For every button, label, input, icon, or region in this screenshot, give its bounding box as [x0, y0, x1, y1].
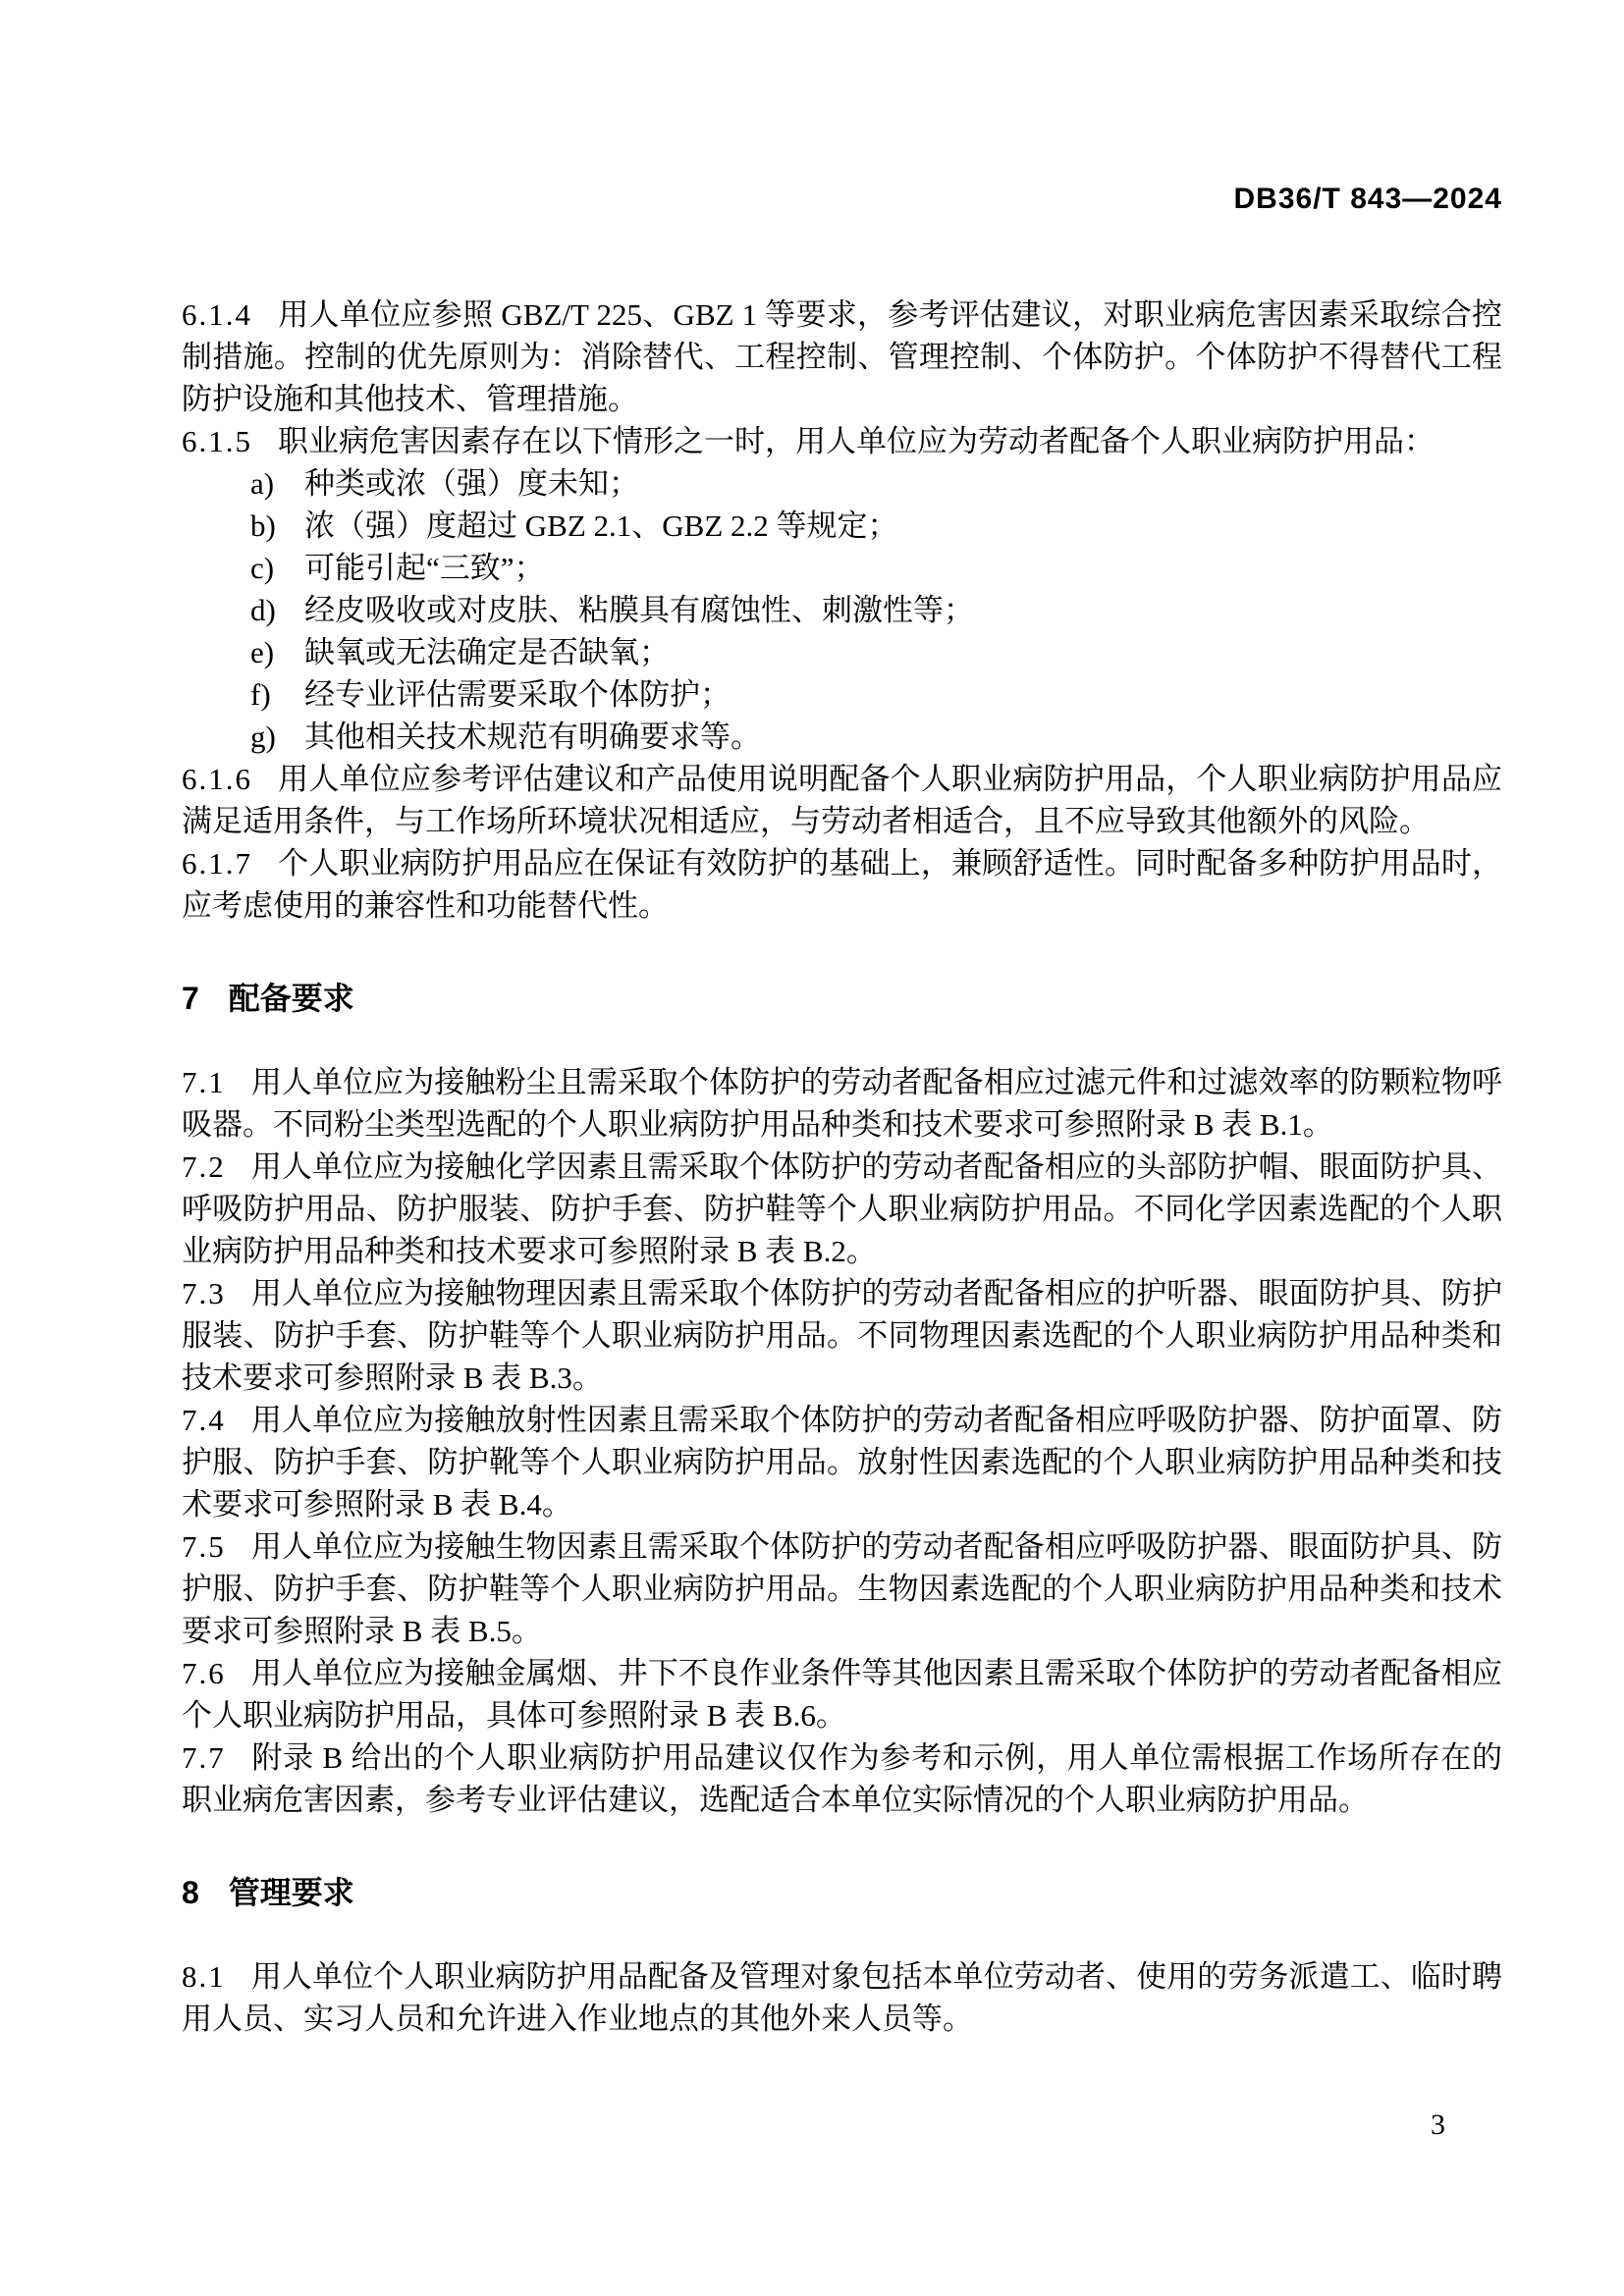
clause-number: 6.1.4 [182, 297, 252, 332]
clause-number: 7.4 [182, 1403, 226, 1437]
section-title: 管理要求 [229, 1875, 354, 1910]
clause-7-7: 7.7附录 B 给出的个人职业病防护用品建议仅作为参考和示例，用人单位需根据工作… [182, 1736, 1502, 1821]
clause-7-3: 7.3用人单位应为接触物理因素且需采取个体防护的劳动者配备相应的护听器、眼面防护… [182, 1272, 1502, 1399]
clause-6-1-5: 6.1.5职业病危害因素存在以下情形之一时，用人单位应为劳动者配备个人职业病防护… [182, 420, 1502, 462]
clause-text: 用人单位应为接触粉尘且需采取个体防护的劳动者配备相应过滤元件和过滤效率的防颗粒物… [182, 1065, 1502, 1142]
list-text: 可能引起“三致”； [304, 551, 545, 585]
section-7-heading: 7配备要求 [182, 978, 1502, 1020]
clause-number: 7.3 [182, 1276, 226, 1310]
list-item: d)经皮吸收或对皮肤、粘膜具有腐蚀性、刺激性等； [250, 589, 1502, 631]
standard-code-header: DB36/T 843—2024 [182, 183, 1502, 215]
clause-text: 用人单位应参考评估建议和产品使用说明配备个人职业病防护用品，个人职业病防护用品应… [182, 762, 1502, 838]
clause-number: 8.1 [182, 1959, 226, 1994]
list-item: g)其他相关技术规范有明确要求等。 [250, 716, 1502, 758]
clause-text: 用人单位个人职业病防护用品配备及管理对象包括本单位劳动者、使用的劳务派遣工、临时… [182, 1959, 1502, 2036]
clause-7-5: 7.5用人单位应为接触生物因素且需采取个体防护的劳动者配备相应呼吸防护器、眼面防… [182, 1525, 1502, 1652]
clause-6-1-6: 6.1.6用人单位应参考评估建议和产品使用说明配备个人职业病防护用品，个人职业病… [182, 758, 1502, 842]
section-8-heading: 8管理要求 [182, 1872, 1502, 1914]
list-item: b)浓（强）度超过 GBZ 2.1、GBZ 2.2 等规定； [250, 505, 1502, 547]
list-marker: d) [250, 589, 304, 631]
list-marker: a) [250, 462, 304, 505]
list-text: 其他相关技术规范有明确要求等。 [304, 720, 761, 754]
list-marker: b) [250, 505, 304, 547]
clause-6-1-4: 6.1.4用人单位应参照 GBZ/T 225、GBZ 1 等要求，参考评估建议，… [182, 294, 1502, 420]
list-text: 缺氧或无法确定是否缺氧； [304, 635, 670, 669]
clause-6-1-5-list: a)种类或浓（强）度未知； b)浓（强）度超过 GBZ 2.1、GBZ 2.2 … [182, 462, 1502, 758]
clause-text: 职业病危害因素存在以下情形之一时，用人单位应为劳动者配备个人职业病防护用品： [278, 424, 1435, 458]
clause-number: 6.1.7 [182, 846, 252, 881]
list-marker: f) [250, 673, 304, 716]
clause-text: 用人单位应为接触物理因素且需采取个体防护的劳动者配备相应的护听器、眼面防护具、防… [182, 1276, 1502, 1395]
page-number: 3 [1431, 2109, 1445, 2142]
list-text: 经专业评估需要采取个体防护； [304, 677, 731, 712]
list-text: 浓（强）度超过 GBZ 2.1、GBZ 2.2 等规定； [304, 508, 898, 543]
clause-text: 用人单位应为接触放射性因素且需采取个体防护的劳动者配备相应呼吸防护器、防护面罩、… [182, 1403, 1502, 1522]
clause-number: 7.1 [182, 1065, 226, 1099]
clause-8-1: 8.1用人单位个人职业病防护用品配备及管理对象包括本单位劳动者、使用的劳务派遣工… [182, 1955, 1502, 2040]
list-item: a)种类或浓（强）度未知； [250, 462, 1502, 505]
clause-number: 6.1.5 [182, 424, 252, 458]
clause-number: 7.6 [182, 1656, 226, 1690]
list-item: c)可能引起“三致”； [250, 547, 1502, 589]
clause-7-2: 7.2用人单位应为接触化学因素且需采取个体防护的劳动者配备相应的头部防护帽、眼面… [182, 1146, 1502, 1272]
clause-7-4: 7.4用人单位应为接触放射性因素且需采取个体防护的劳动者配备相应呼吸防护器、防护… [182, 1399, 1502, 1525]
clause-text: 用人单位应为接触生物因素且需采取个体防护的劳动者配备相应呼吸防护器、眼面防护具、… [182, 1529, 1502, 1648]
list-item: e)缺氧或无法确定是否缺氧； [250, 631, 1502, 673]
list-marker: e) [250, 631, 304, 673]
clause-text: 附录 B 给出的个人职业病防护用品建议仅作为参考和示例，用人单位需根据工作场所存… [182, 1740, 1502, 1817]
document-page: DB36/T 843—2024 6.1.4用人单位应参照 GBZ/T 225、G… [0, 0, 1624, 2296]
clause-number: 6.1.6 [182, 762, 252, 796]
clause-text: 个人职业病防护用品应在保证有效防护的基础上，兼顾舒适性。同时配备多种防护用品时，… [182, 846, 1502, 923]
clause-6-1-7: 6.1.7个人职业病防护用品应在保证有效防护的基础上，兼顾舒适性。同时配备多种防… [182, 842, 1502, 927]
list-text: 经皮吸收或对皮肤、粘膜具有腐蚀性、刺激性等； [304, 593, 974, 627]
clause-number: 7.5 [182, 1529, 226, 1564]
list-text: 种类或浓（强）度未知； [304, 466, 639, 501]
clause-text: 用人单位应参照 GBZ/T 225、GBZ 1 等要求，参考评估建议，对职业病危… [182, 297, 1502, 416]
clause-text: 用人单位应为接触化学因素且需采取个体防护的劳动者配备相应的头部防护帽、眼面防护具… [182, 1149, 1502, 1268]
list-item: f)经专业评估需要采取个体防护； [250, 673, 1502, 716]
clause-7-6: 7.6用人单位应为接触金属烟、井下不良作业条件等其他因素且需采取个体防护的劳动者… [182, 1652, 1502, 1736]
section-title: 配备要求 [229, 981, 354, 1016]
clause-7-1: 7.1用人单位应为接触粉尘且需采取个体防护的劳动者配备相应过滤元件和过滤效率的防… [182, 1061, 1502, 1146]
list-marker: g) [250, 716, 304, 758]
list-marker: c) [250, 547, 304, 589]
clause-number: 7.7 [182, 1740, 226, 1775]
clause-number: 7.2 [182, 1149, 226, 1184]
section-number: 7 [182, 981, 199, 1016]
section-number: 8 [182, 1875, 199, 1910]
clause-text: 用人单位应为接触金属烟、井下不良作业条件等其他因素且需采取个体防护的劳动者配备相… [182, 1656, 1502, 1733]
